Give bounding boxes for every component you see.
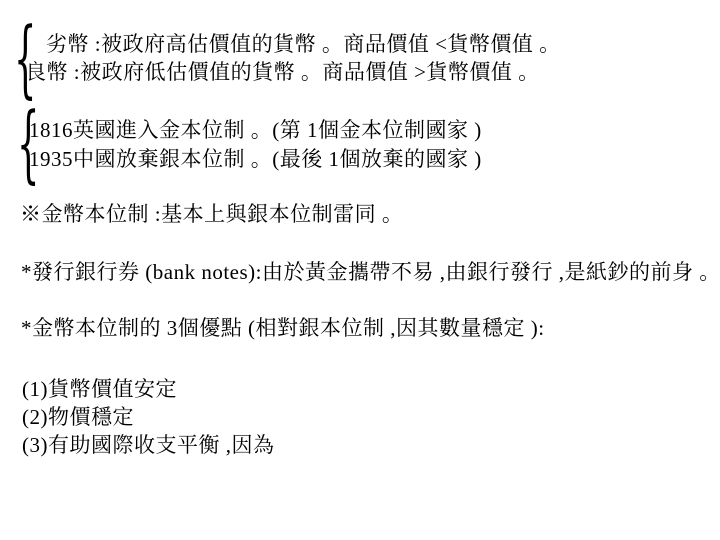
text-advantages-heading: *金幣本位制的 3個優點 (相對銀本位制 ,因其數量穩定 ):	[21, 315, 545, 341]
advantage-item-2: (2)物價穩定	[22, 404, 134, 430]
text-bad-money-definition: 劣幣 :被政府高估價值的貨幣 。商品價值 <貨幣價值 。	[46, 31, 561, 57]
advantage-item-3: (3)有助國際收支平衡 ,因為	[22, 432, 275, 458]
text-good-money-definition: 良幣 :被政府低估價值的貨幣 。商品價值 >貨幣價值 。	[25, 59, 540, 85]
slide-canvas: { 劣幣 :被政府高估價值的貨幣 。商品價值 <貨幣價值 。 良幣 :被政府低估…	[0, 0, 720, 540]
text-1935-silver-standard: 1935中國放棄銀本位制 。(最後 1個放棄的國家 )	[29, 146, 482, 172]
text-gold-coin-standard-note: ※金幣本位制 :基本上與銀本位制雷同 。	[20, 201, 403, 227]
advantage-item-1: (1)貨幣價值安定	[22, 376, 177, 402]
text-bank-notes-note: *發行銀行券 (bank notes):由於黃金攜帶不易 ,由銀行發行 ,是紙鈔…	[21, 259, 720, 285]
text-1816-gold-standard: 1816英國進入金本位制 。(第 1個金本位制國家 )	[29, 117, 482, 143]
